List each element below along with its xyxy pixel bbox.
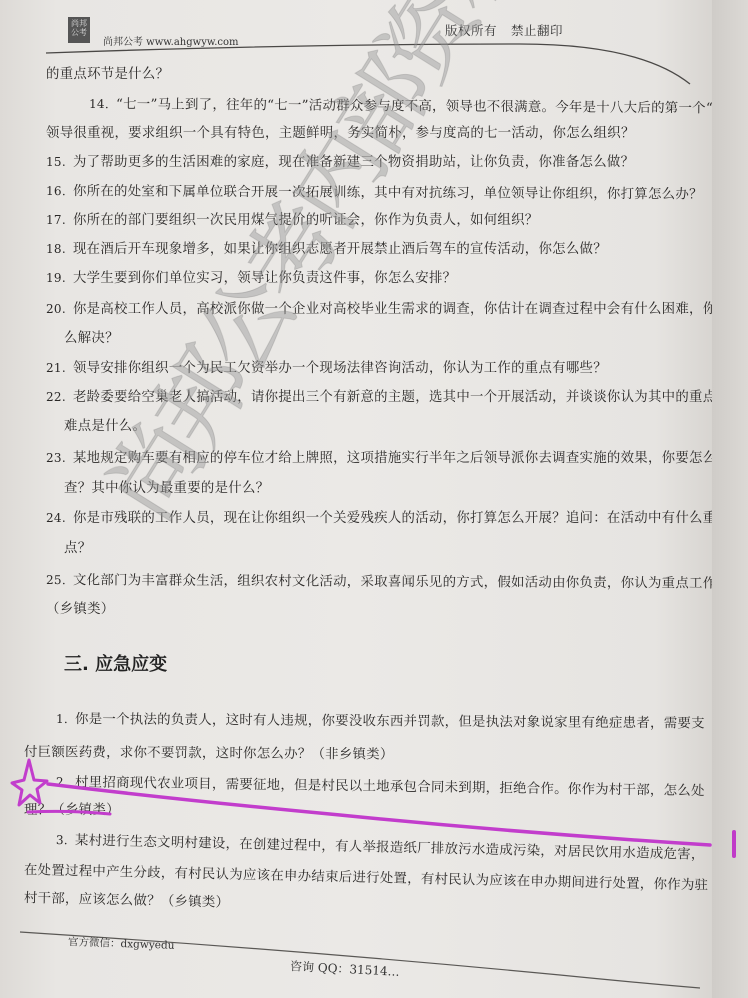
question-text: 村里招商现代农业项目，需要征地，但是村民以土地承包合同未到期，拒绝合作。你作为村… (75, 775, 705, 799)
question-14: 14.“七一”马上到了，往年的“七一”活动群众参与度不高，领导也不很满意。今年是… (89, 93, 748, 117)
question-text: 某村进行生态文明村建设，在创建过程中，有人举报造纸厂排放污水造成污染，对居民饮用… (75, 833, 705, 862)
copyright-text: 版权所有 (445, 23, 497, 38)
continuation-text: 的重点环节是什么？ (46, 63, 169, 82)
question-text: 领导安排你组织一个为民工欠资举办一个现场法律咨询活动，你认为工作的重点有哪些？ (73, 361, 607, 376)
emergency-question-1-cont: 付巨额医药费，求你不要罚款，这时你怎么办？（非乡镇类） (24, 741, 394, 763)
question-number: 21. (46, 361, 66, 375)
brand-site: 尚邦公考 www.ahgwyw.com (103, 33, 239, 48)
question-18: 18.现在酒后开车现象增多，如果让你组织志愿者开展禁止酒后驾车的宣传活动，你怎么… (46, 238, 607, 257)
question-number: 1. (56, 712, 68, 726)
copyright-notice: 版权所有禁止翻印 (445, 21, 563, 39)
question-number: 17. (46, 213, 66, 227)
question-text: 某地规定购车要有相应的停车位才给上牌照，这项措施实行半年之后领导派你去调查实施的… (73, 451, 730, 466)
emergency-question-1: 1.你是一个执法的负责人，这时有人违规，你要没收东西并罚款，但是执法对象说家里有… (56, 708, 705, 732)
footer-qq: 咨询 QQ：31514… (290, 957, 400, 980)
question-21: 21.领导安排你组织一个为民工欠资举办一个现场法律咨询活动，你认为工作的重点有哪… (46, 357, 607, 376)
question-24: 24.你是市残联的工作人员，现在让你组织一个关爱残疾人的活动，你打算怎么开展？追… (46, 507, 730, 526)
question-number: 3. (56, 833, 68, 847)
question-number: 23. (46, 451, 66, 465)
question-15: 15.为了帮助更多的生活困难的家庭，现在准备新建三个物资捐助站，让你负责，你准备… (46, 151, 634, 170)
question-text: 文化部门为丰富群众生活，组织农村文化活动，采取喜闻乐见的方式，假如活动由你负责，… (73, 573, 744, 592)
question-text: 老龄委要给空巢老人搞活动，请你提出三个有新意的主题，选其中一个开展活动，并谈谈你… (73, 390, 730, 405)
question-number: 24. (46, 511, 66, 525)
question-16: 16.你所在的处室和下属单位联合开展一次拓展训练，其中有对抗练习，单位领导让你组… (46, 180, 703, 202)
emergency-question-3: 3.某村进行生态文明村建设，在创建过程中，有人举报造纸厂排放污水造成污染，对居民… (56, 829, 705, 863)
emergency-question-2-cont: 理？（乡镇类） (24, 799, 120, 818)
question-number: 22. (46, 390, 66, 404)
question-20-cont: 么解决？ (64, 327, 119, 346)
question-text: 你是一个执法的负责人，这时有人违规，你要没收东西并罚款，但是执法对象说家里有绝症… (75, 712, 705, 731)
question-number: 18. (46, 242, 66, 256)
question-text: 大学生要到你们单位实习，领导让你负责这件事，你怎么安排？ (73, 271, 456, 286)
no-copy-text: 禁止翻印 (511, 23, 563, 38)
question-text: 为了帮助更多的生活困难的家庭，现在准备新建三个物资捐助站，让你负责，你准备怎么做… (73, 155, 634, 170)
question-22-cont: 难点是什么。 (64, 415, 146, 434)
question-25: 25.文化部门为丰富群众生活，组织农村文化活动，采取喜闻乐见的方式，假如活动由你… (46, 569, 744, 592)
question-23-cont: 查？其中你认为最重要的是什么？ (64, 477, 269, 496)
adjacent-page-edge (712, 0, 748, 998)
question-text: 现在酒后开车现象增多，如果让你组织志愿者开展禁止酒后驾车的宣传活动，你怎么做？ (73, 242, 607, 257)
question-text: 你是市残联的工作人员，现在让你组织一个关爱残疾人的活动，你打算怎么开展？追问：在… (73, 511, 730, 526)
question-number: 2. (56, 775, 68, 789)
question-19: 19.大学生要到你们单位实习，领导让你负责这件事，你怎么安排？ (46, 267, 456, 286)
question-20: 20.你是高校工作人员，高校派你做一个企业对高校毕业生需求的调查，你估计在调查过… (46, 298, 730, 317)
question-17: 17.你所在的部门要组织一次民用煤气提价的听证会，你作为负责人，如何组织？ (46, 209, 538, 228)
emergency-question-3-cont2: 村干部，应该怎么做？（乡镇类） (24, 887, 230, 911)
document-page: 尚邦公考 尚邦公考 www.ahgwyw.com 版权所有禁止翻印 的重点环节是… (0, 0, 712, 998)
question-number: 19. (46, 271, 66, 285)
question-number: 20. (46, 302, 66, 316)
question-number: 15. (46, 155, 66, 169)
question-number: 14. (89, 97, 109, 111)
question-number: 16. (46, 184, 66, 198)
question-text: 你所在的处室和下属单位联合开展一次拓展训练，其中有对抗练习，单位领导让你组织，你… (73, 184, 703, 202)
brand-logo-icon: 尚邦公考 (68, 17, 90, 43)
question-text: “七一”马上到了，往年的“七一”活动群众参与度不高，领导也不很满意。今年是十八大… (116, 97, 748, 117)
question-number: 25. (46, 573, 66, 587)
question-text: 你是高校工作人员，高校派你做一个企业对高校毕业生需求的调查，你估计在调查过程中会… (73, 302, 730, 317)
footer-wechat: 官方微信：dxgwyedu (68, 934, 175, 953)
ink-mark (732, 830, 736, 858)
question-25-category: （乡镇类） (46, 598, 114, 617)
section-title: 三. 应急应变 (64, 650, 167, 676)
question-14-cont: 领导很重视，要求组织一个具有特色，主题鲜明，务实简朴，参与度高的七一活动，你怎么… (46, 122, 635, 141)
question-text: 你所在的部门要组织一次民用煤气提价的听证会，你作为负责人，如何组织？ (73, 213, 538, 228)
question-23: 23.某地规定购车要有相应的停车位才给上牌照，这项措施实行半年之后领导派你去调查… (46, 447, 730, 466)
question-22: 22.老龄委要给空巢老人搞活动，请你提出三个有新意的主题，选其中一个开展活动，并… (46, 386, 730, 405)
question-24-cont: 点？ (64, 537, 91, 556)
emergency-question-2: 2.村里招商现代农业项目，需要征地，但是村民以土地承包合同未到期，拒绝合作。你作… (56, 771, 705, 799)
